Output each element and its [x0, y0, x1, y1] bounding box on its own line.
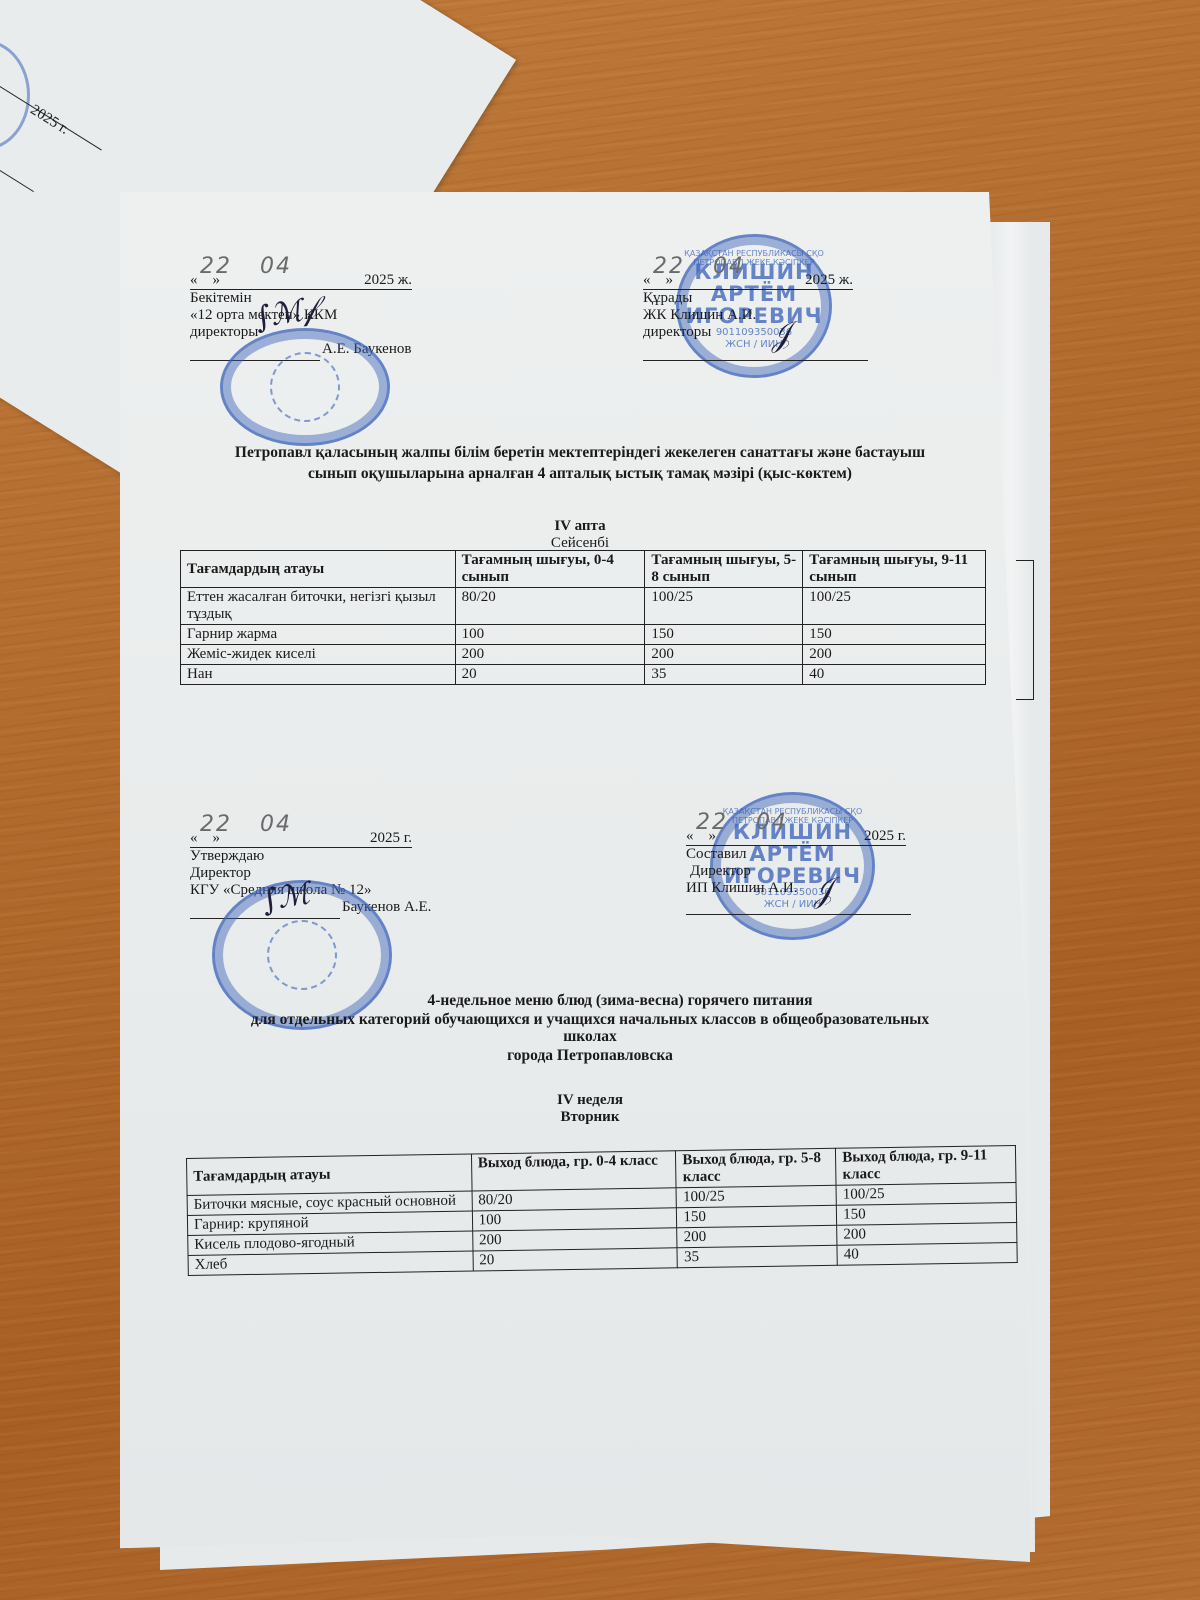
- kz-state-emblem-icon: [270, 352, 340, 422]
- ru-menu-table: Тағамдардың атауы Выход блюда, гр. 0-4 к…: [186, 1145, 1018, 1276]
- ru-approver-year: 2025 г.: [370, 830, 412, 847]
- kz-compiler-signature-line: [643, 341, 868, 361]
- ru-compiler-date-line: « » 2025 г. 2204: [686, 826, 906, 846]
- cell-yield: 200: [837, 1222, 1017, 1245]
- ru-document-title: 4-недельное меню блюд (зима-весна) горяч…: [210, 990, 970, 1066]
- ru-compiler-block: « » 2025 г. 2204 Составил Директор ИП Кл…: [686, 826, 906, 915]
- cell-yield: 150: [803, 625, 986, 645]
- handwritten-date: 2204: [200, 258, 292, 275]
- ru-title-line-1: 4-недельное меню блюд (зима-весна) горяч…: [210, 990, 970, 1011]
- ru-compiler-line-2: Директор: [686, 863, 906, 880]
- kz-compiler-year: 2025 ж.: [805, 272, 853, 289]
- table-row: Гарнир жарма 100 150 150: [181, 625, 986, 645]
- cell-dish: Еттен жасалған биточки, негізгі қызыл тұ…: [181, 588, 456, 625]
- ru-compiler-line-3: ИП Клишин А.И.: [686, 880, 906, 897]
- kz-compiler-block: « » 2025 ж. 2204 Құрады ЖК Клишин А.И. д…: [643, 270, 853, 361]
- ru-approver-line-1: Утверждаю: [190, 848, 412, 865]
- cell-dish: Жеміс-жидек киселі: [181, 645, 456, 665]
- ru-approver-date-line: « » 2025 г. 2204: [190, 828, 412, 848]
- cell-yield: 100/25: [645, 588, 803, 625]
- kz-compiler-line-3: директоры: [643, 324, 853, 341]
- table-row: Жеміс-жидек киселі 200 200 200: [181, 645, 986, 665]
- cell-yield: 20: [473, 1248, 678, 1271]
- kz-approver-year: 2025 ж.: [364, 272, 412, 289]
- header-yield-0-4: Выход блюда, гр. 0-4 класс: [471, 1151, 676, 1191]
- kz-week-label: IV апта: [180, 518, 980, 535]
- cell-yield: 80/20: [455, 588, 645, 625]
- cell-dish: Гарнир жарма: [181, 625, 456, 645]
- header-yield-5-8: Выход блюда, гр. 5-8 класс: [676, 1148, 836, 1188]
- kz-compiler-line-2: ЖК Клишин А.И.: [643, 307, 853, 324]
- header-dish-name: Тағамдардың атауы: [187, 1154, 472, 1195]
- cell-yield: 100/25: [836, 1182, 1016, 1205]
- header-yield-5-8: Тағамның шығуы, 5-8 сынып: [645, 551, 803, 588]
- header-yield-9-11: Тағамның шығуы, 9-11 сынып: [803, 551, 986, 588]
- ru-approver-name: Баукенов А.Е.: [342, 899, 431, 916]
- cell-yield: 200: [645, 645, 803, 665]
- cell-yield: 150: [837, 1202, 1017, 1225]
- ru-title-line-4: города Петропавловска: [210, 1045, 970, 1066]
- cell-yield: 200: [677, 1225, 837, 1248]
- header-yield-9-11: Выход блюда, гр. 9-11 класс: [836, 1145, 1016, 1185]
- cell-yield: 35: [677, 1245, 837, 1268]
- ru-week-label: IV неделя: [200, 1092, 980, 1109]
- cell-yield: 100: [455, 625, 645, 645]
- table-row: Еттен жасалған биточки, негізгі қызыл тұ…: [181, 588, 986, 625]
- cell-yield: 150: [645, 625, 803, 645]
- kz-approver-name: А.Е. Баукенов: [322, 341, 411, 358]
- kz-approver-signature-line: А.Е. Баукенов: [190, 341, 320, 361]
- cell-yield: 200: [803, 645, 986, 665]
- header-dish-name: Тағамдардың атауы: [181, 551, 456, 588]
- cell-yield: 150: [677, 1205, 837, 1228]
- cell-yield: 100/25: [803, 588, 986, 625]
- ru-title-line-3: школах: [210, 1028, 970, 1045]
- cell-yield: 35: [645, 665, 803, 685]
- table-row: Нан 20 35 40: [181, 665, 986, 685]
- ru-day-label: Вторник: [200, 1109, 980, 1126]
- cell-dish: Хлеб: [188, 1251, 473, 1275]
- cell-yield: 100/25: [676, 1185, 836, 1208]
- document-page: « » 2025 ж. 2204 Бекітемін «12 орта мект…: [0, 0, 1200, 1600]
- cell-yield: 40: [837, 1242, 1017, 1265]
- ru-compiler-year: 2025 г.: [864, 828, 906, 845]
- handwritten-date: 2204: [653, 258, 745, 275]
- ru-title-line-2: для отдельных категорий обучающихся и уч…: [210, 1011, 970, 1028]
- ru-week-day: IV неделя Вторник: [200, 1092, 980, 1126]
- cell-yield: 40: [803, 665, 986, 685]
- ru-state-emblem-icon: [267, 920, 337, 990]
- kz-compiler-line-1: Құрады: [643, 290, 853, 307]
- ru-compiler-line-1: Составил: [686, 846, 906, 863]
- header-yield-0-4: Тағамның шығуы, 0-4 сынып: [455, 551, 645, 588]
- cell-dish: Нан: [181, 665, 456, 685]
- cell-yield: 20: [455, 665, 645, 685]
- table-header-row: Тағамдардың атауы Тағамның шығуы, 0-4 сы…: [181, 551, 986, 588]
- kz-title-line-2: сынып оқушыларына арналған 4 апталық ыст…: [180, 463, 980, 484]
- handwritten-date: 2204: [696, 814, 788, 831]
- ru-compiler-signature-line: [686, 897, 911, 915]
- kz-document-title: Петропавл қаласының жалпы білім беретін …: [180, 442, 980, 484]
- cell-yield: 200: [455, 645, 645, 665]
- kz-approver-date-line: « » 2025 ж. 2204: [190, 270, 412, 290]
- handwritten-date: 2204: [200, 816, 292, 833]
- kz-title-line-1: Петропавл қаласының жалпы білім беретін …: [180, 442, 980, 463]
- kz-menu-table: Тағамдардың атауы Тағамның шығуы, 0-4 сы…: [180, 550, 986, 685]
- kz-week-day: IV апта Сейсенбі: [180, 518, 980, 552]
- kz-compiler-date-line: « » 2025 ж. 2204: [643, 270, 853, 290]
